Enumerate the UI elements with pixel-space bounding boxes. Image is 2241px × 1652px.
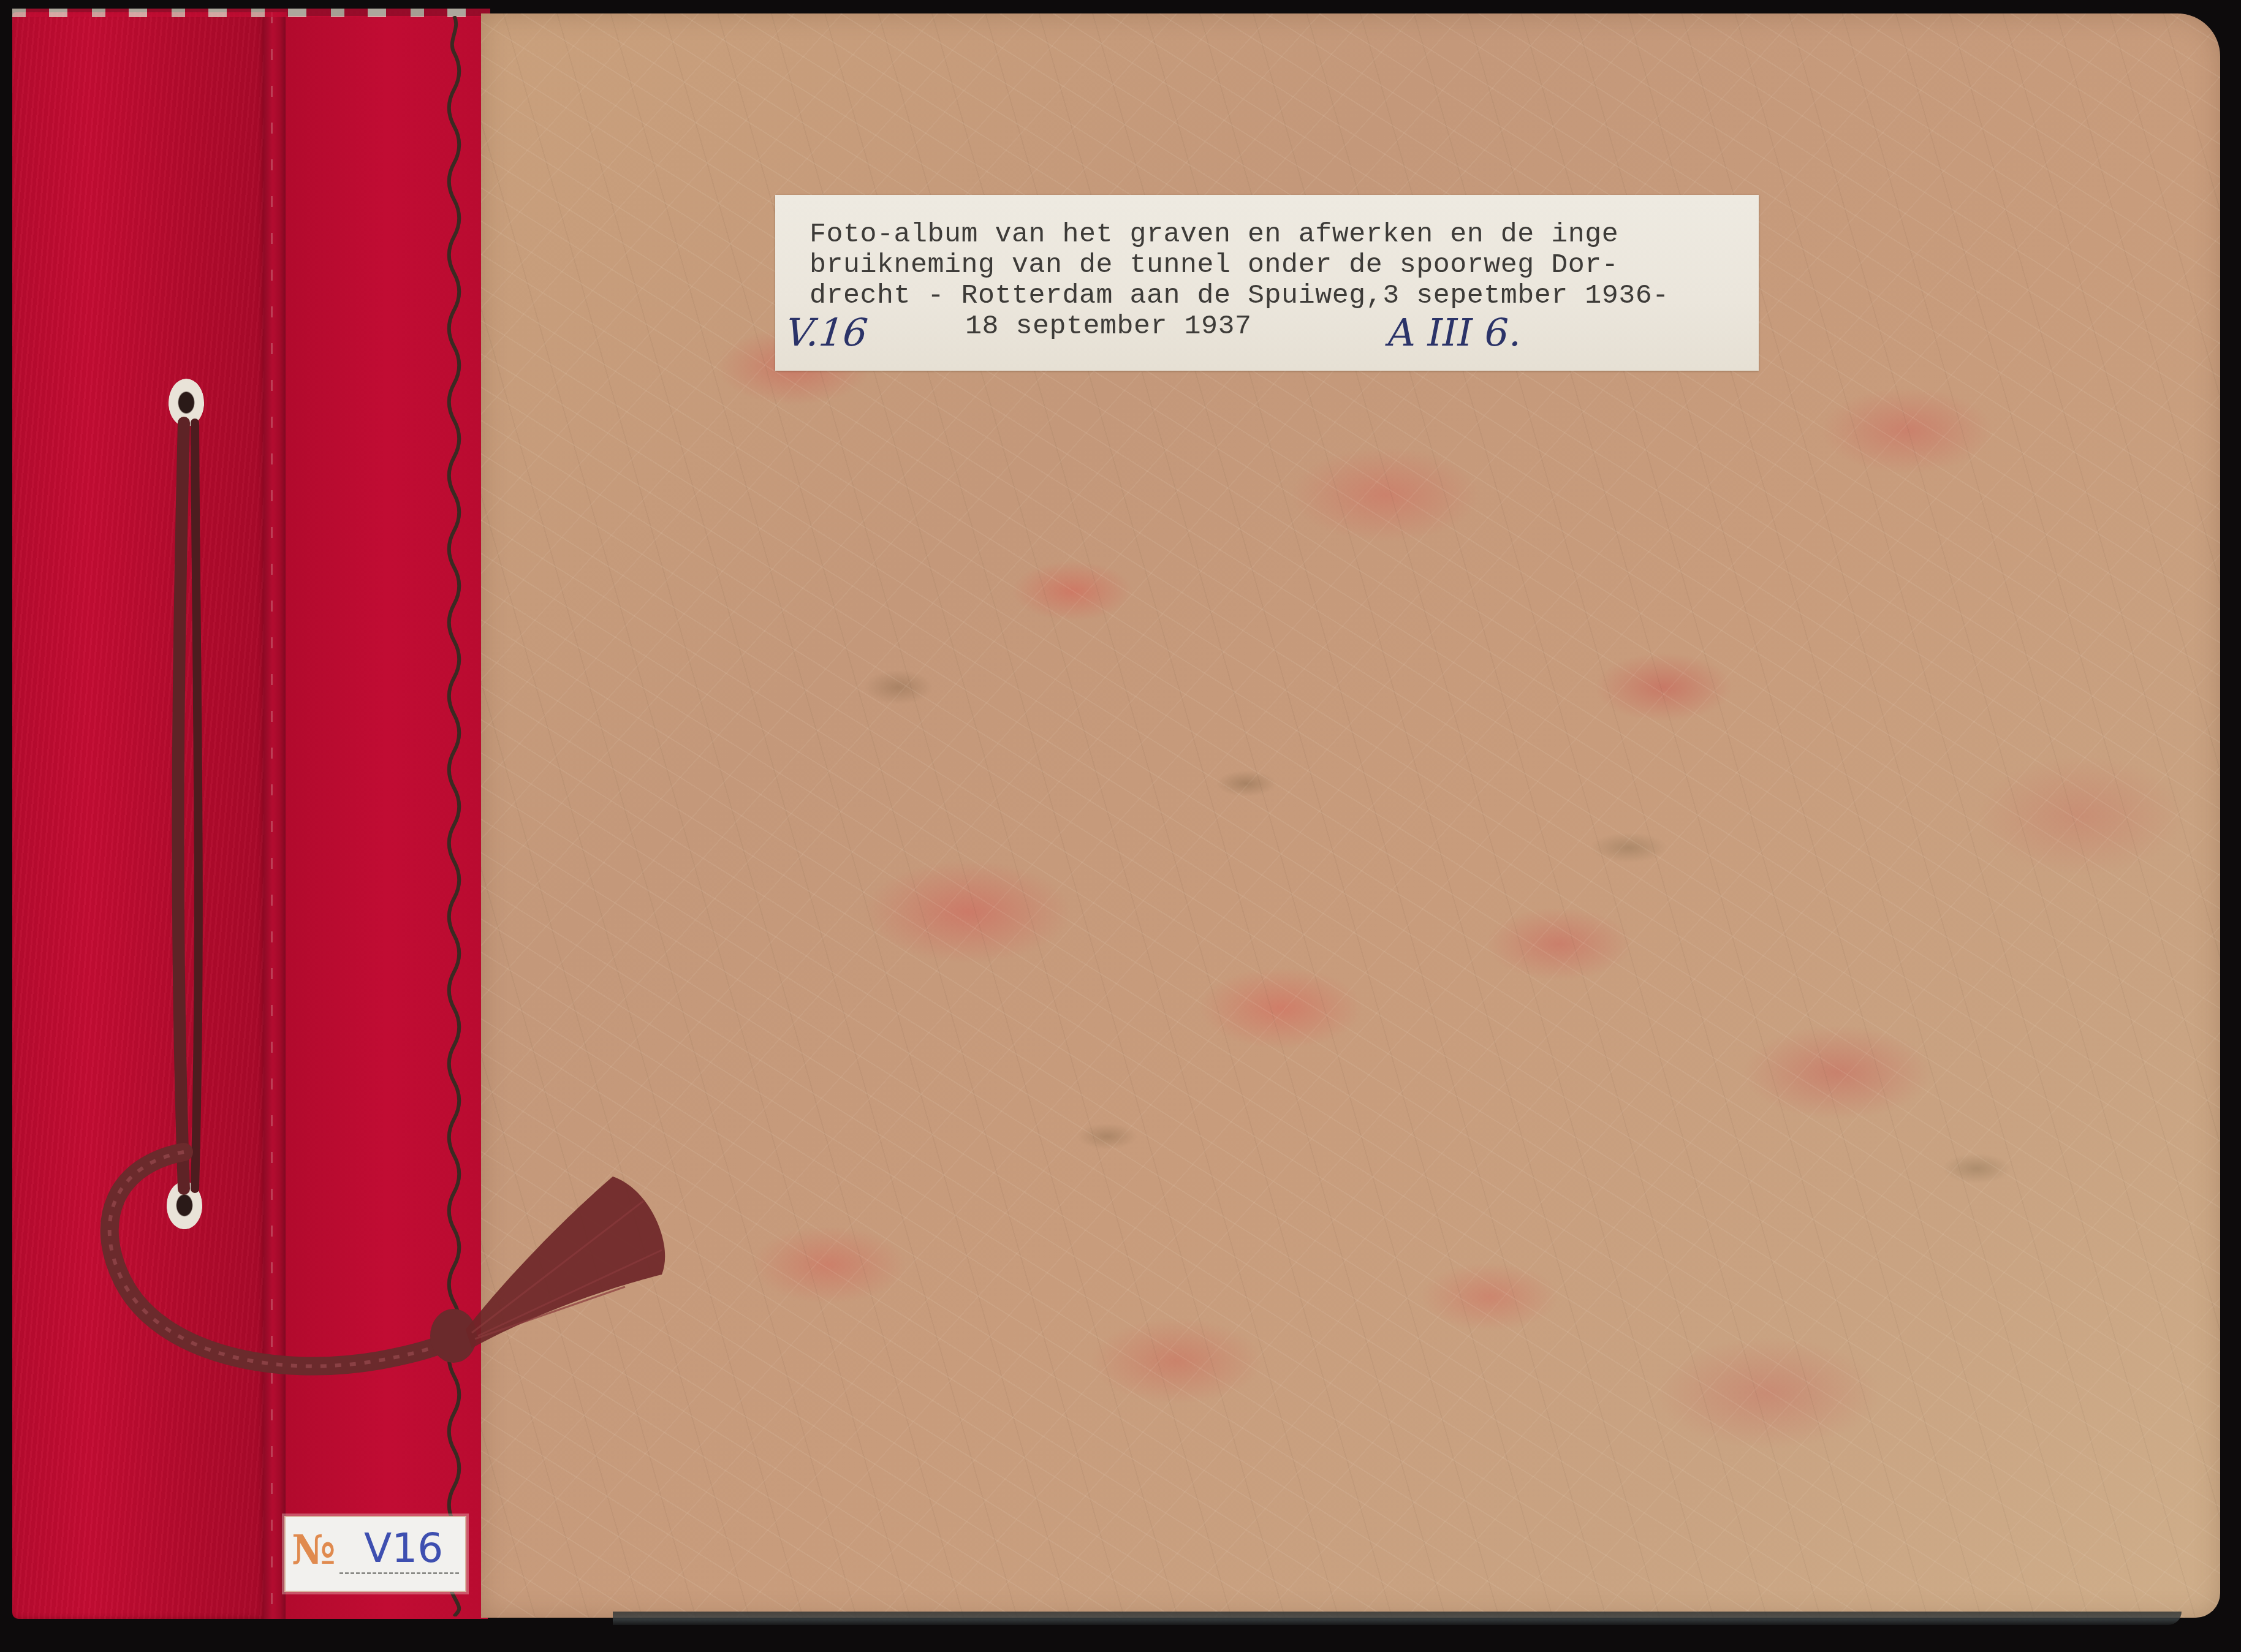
typed-line-3: drecht - Rotterdam aan de Spuiweg,3 sepe… [810,280,1669,311]
cover-bottom-edge [613,1612,2182,1625]
handwritten-code-right: A III 6. [1388,310,1521,355]
spine-number-label: № V16 [284,1516,466,1592]
typed-title: Foto-album van het graven en afwerken en… [810,219,1669,342]
typed-line-1: Foto-album van het graven en afwerken en… [810,219,1618,250]
spine-number: V16 [364,1525,443,1572]
title-label: Foto-album van het graven en afwerken en… [775,195,1759,371]
spine-left-panel [12,12,267,1619]
handwritten-code-left: V.16 [784,310,870,355]
dotted-line [339,1572,459,1574]
typed-line-4: 18 september 1937 [810,311,1669,342]
grommet-top-icon [169,379,204,426]
typed-line-2: bruikneming van de tunnel onder de spoor… [810,249,1618,281]
album-photo: Foto-album van het graven en afwerken en… [0,0,2241,1652]
grommet-bottom-icon [167,1181,202,1229]
numero-glyph: № [292,1526,333,1574]
wavy-ornament-icon [446,16,462,1616]
spine-top-wear [12,9,490,17]
spine-hinge [264,12,287,1619]
